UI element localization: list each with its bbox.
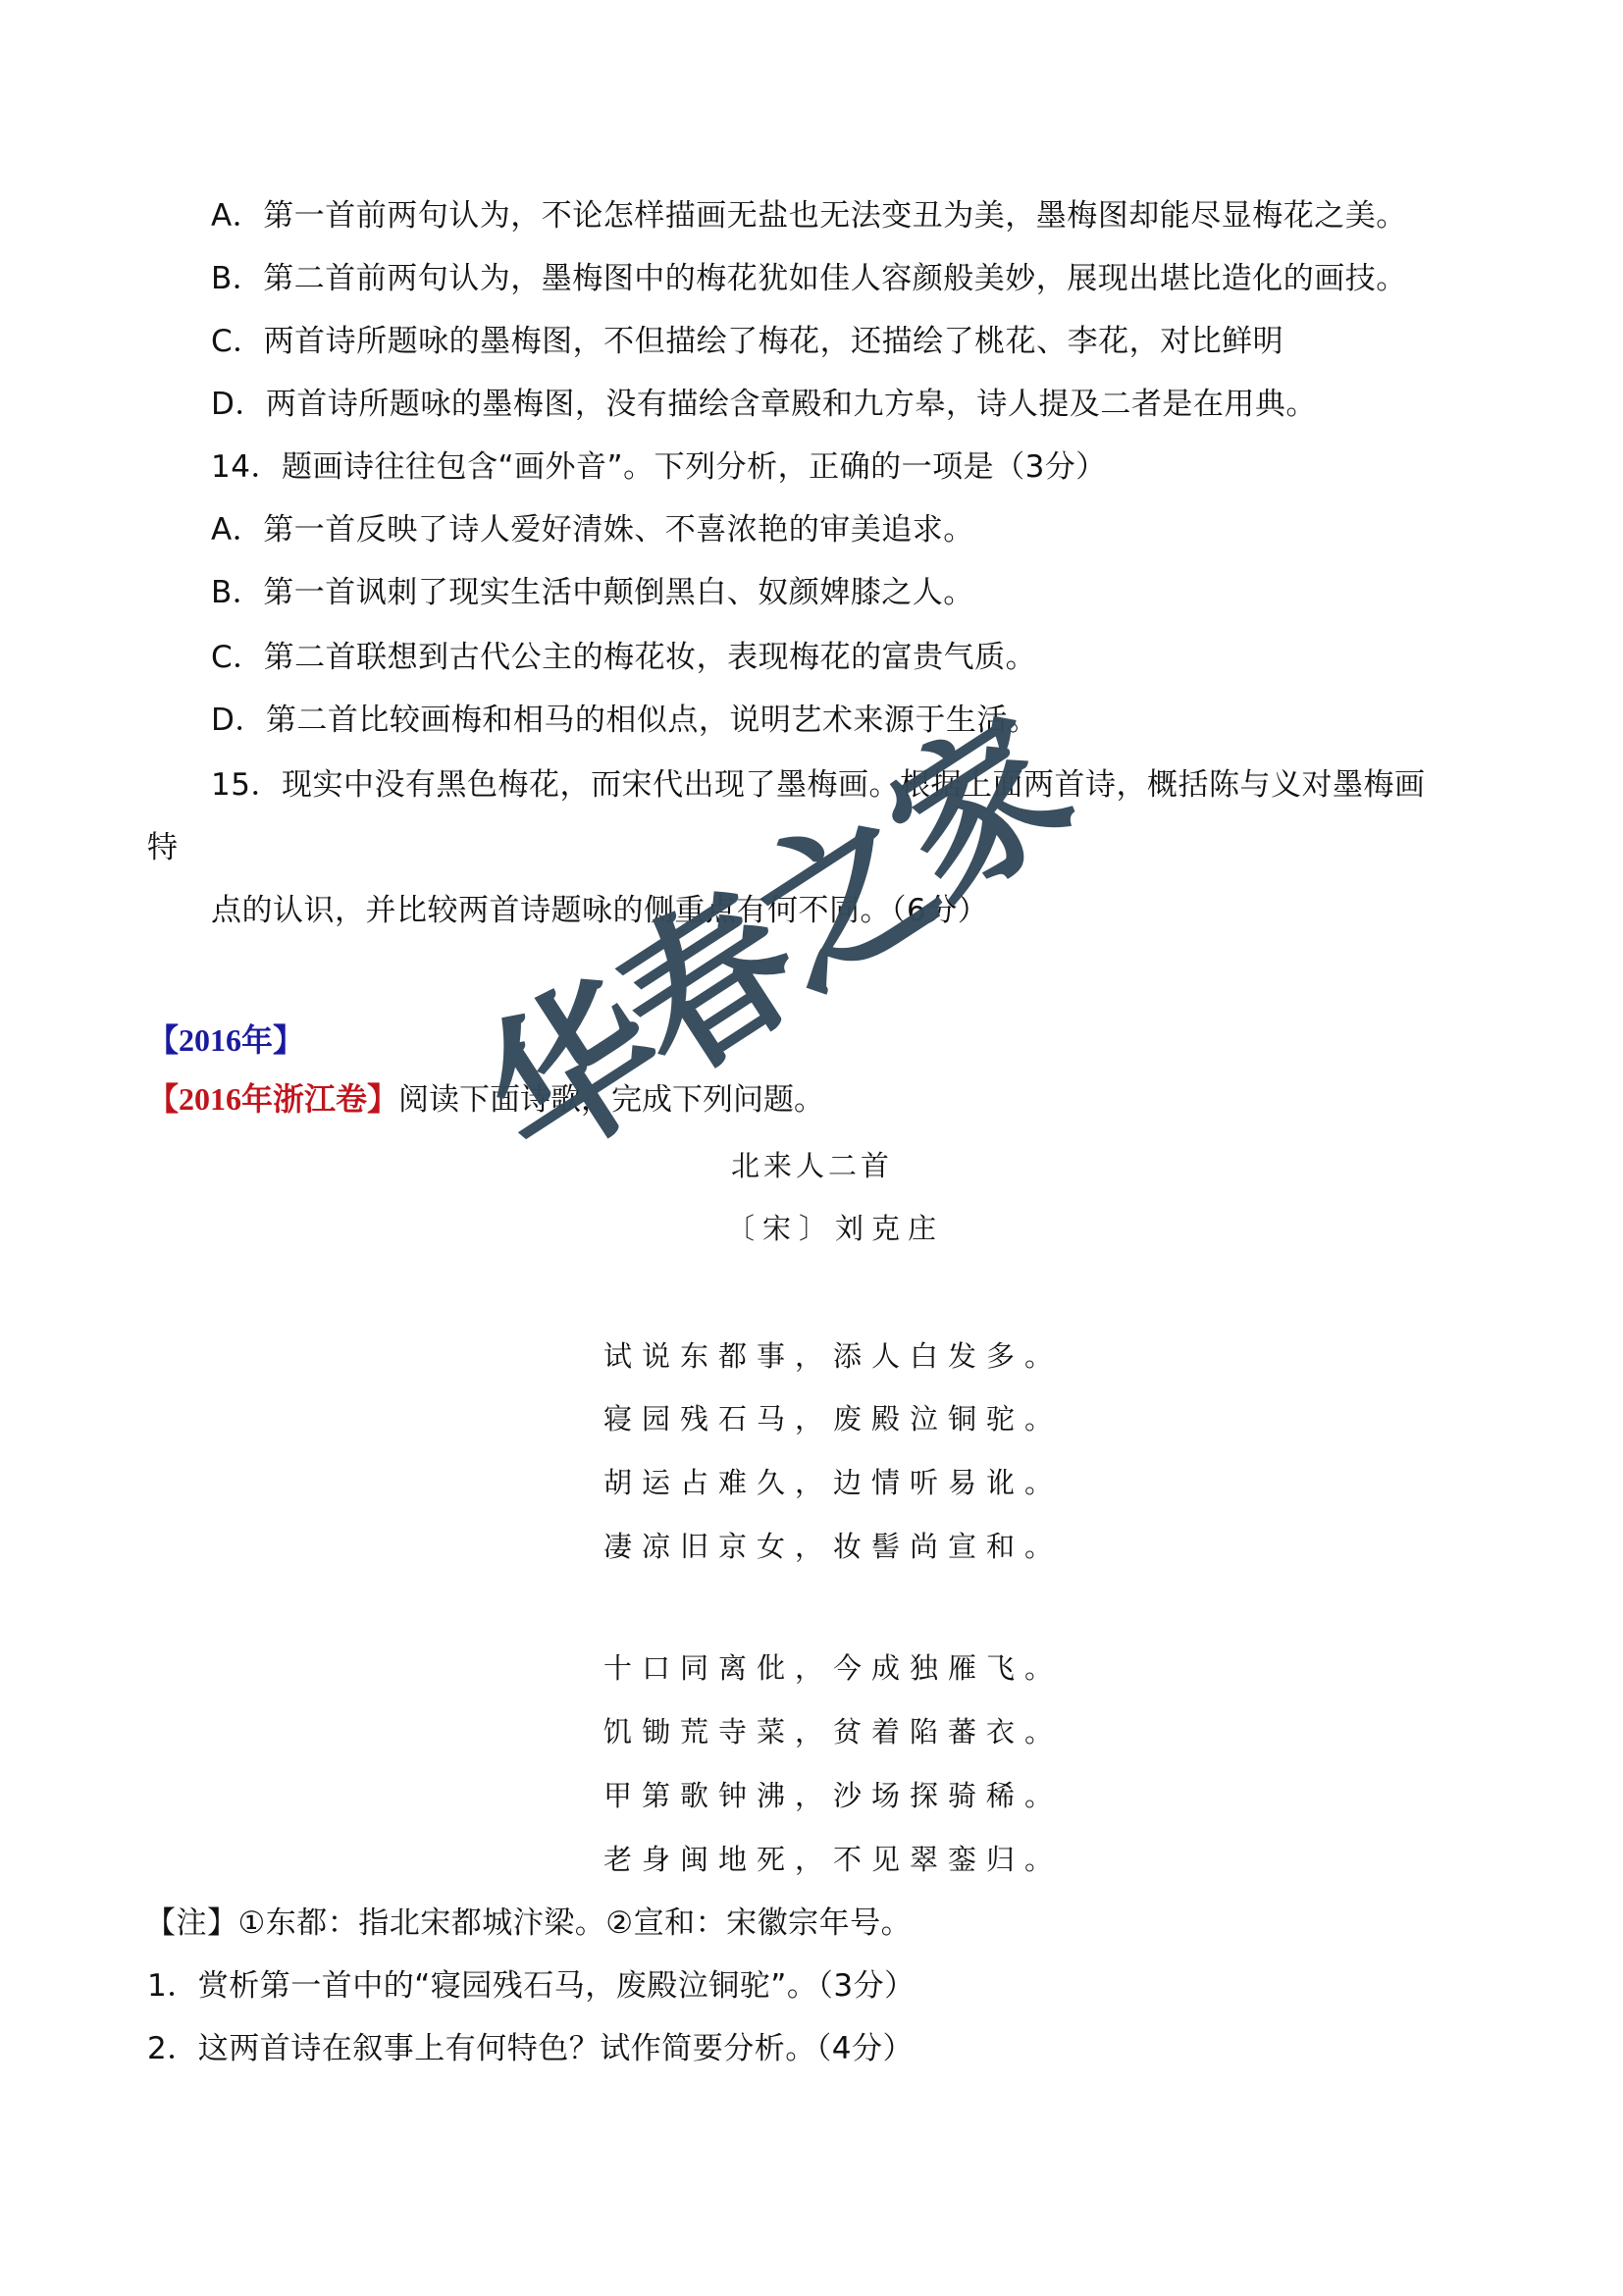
source-tag: 【2016年浙江卷】 (147, 1081, 398, 1117)
poem-line: 甲第歌钟沸，沙场探骑稀。 (603, 1776, 1063, 1815)
q14-option-d: D．第二首比较画梅和相马的相似点，说明艺术来源于生活。 (211, 701, 1038, 740)
poem-line: 试说东都事，添人白发多。 (603, 1336, 1063, 1376)
q14-option-c: C．第二首联想到古代公主的梅花妆，表现梅花的富贵气质。 (211, 638, 1036, 677)
poem-title: 北来人二首 (731, 1146, 893, 1185)
q14-option-a: A．第一首反映了诗人爱好清姝、不喜浓艳的审美追求。 (211, 510, 974, 549)
poem-line: 老身闽地死，不见翠銮归。 (603, 1840, 1063, 1879)
poem-author: 〔宋〕刘克庄 (726, 1209, 944, 1248)
poem-line: 寝园残石马，废殿泣铜驼。 (603, 1399, 1063, 1438)
document-page: A．第一首前两句认为，不论怎样描画无盐也无法变丑为美，墨梅图却能尽显梅花之美。 … (0, 0, 1623, 2296)
poem-line: 凄凉旧京女，妆髻尚宣和。 (603, 1527, 1063, 1566)
q15-line-2: 特 (147, 828, 179, 867)
q15-line-3: 点的认识，并比较两首诗题咏的侧重点有何不同。（6分） (211, 891, 988, 930)
source-line: 【2016年浙江卷】阅读下面诗歌，完成下列问题。 (147, 1079, 824, 1120)
q13-option-a: A．第一首前两句认为，不论怎样描画无盐也无法变丑为美，墨梅图却能尽显梅花之美。 (211, 196, 1407, 235)
question-1: 1．赏析第一首中的“寝园残石马，废殿泣铜驼”。（3分） (147, 1966, 916, 2006)
poem-line: 十口同离仳，今成独雁飞。 (603, 1648, 1063, 1688)
q13-option-b: B．第二首前两句认为，墨梅图中的梅花犹如佳人容颜般美妙，展现出堪比造化的画技。 (211, 259, 1407, 298)
poem-notes: 【注】①东都：指北宋都城汴梁。②宣和：宋徽宗年号。 (145, 1904, 912, 1943)
year-heading: 【2016年】 (147, 1020, 304, 1060)
instruction-text: 阅读下面诗歌，完成下列问题。 (398, 1082, 824, 1118)
q14-stem: 14．题画诗往往包含“画外音”。下列分析，正确的一项是（3分） (211, 447, 1107, 487)
poem-line: 胡运占难久，边情听易讹。 (603, 1463, 1063, 1502)
q13-option-c: C．两首诗所题咏的墨梅图，不但描绘了梅花，还描绘了桃花、李花，对比鲜明 (211, 322, 1283, 361)
q15-line-1: 15．现实中没有黑色梅花，而宋代出现了墨梅画。根据上面两首诗，概括陈与义对墨梅画 (211, 765, 1425, 805)
question-2: 2．这两首诗在叙事上有何特色？试作简要分析。（4分） (147, 2029, 914, 2068)
q13-option-d: D．两首诗所题咏的墨梅图，没有描绘含章殿和九方皋，诗人提及二者是在用典。 (211, 385, 1317, 424)
q14-option-b: B．第一首讽刺了现实生活中颠倒黑白、奴颜婢膝之人。 (211, 573, 974, 612)
poem-line: 饥锄荒寺菜，贫着陷蕃衣。 (603, 1712, 1063, 1751)
